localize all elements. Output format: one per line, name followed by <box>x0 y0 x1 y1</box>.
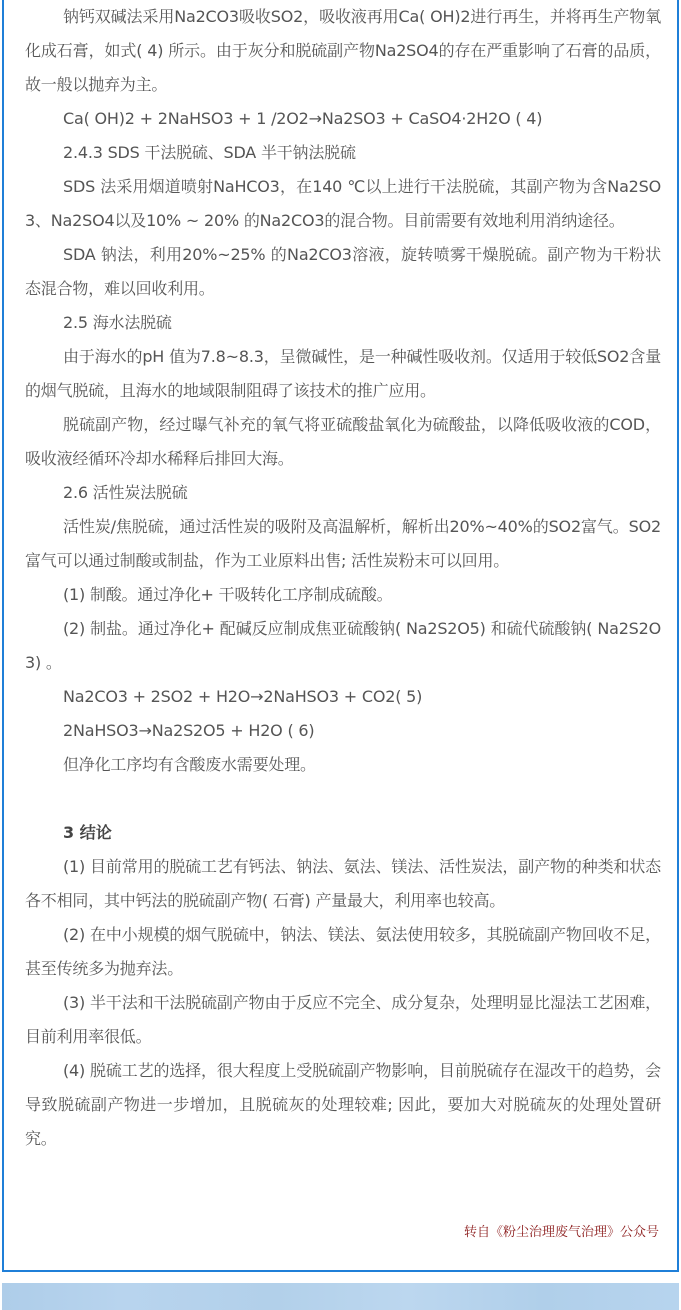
paragraph-sds: SDS 法采用烟道喷射NaHCO3，在140 ℃以上进行干法脱硫，其副产物为含N… <box>25 170 661 238</box>
paragraph-wastewater-note: 但净化工序均有含酸废水需要处理。 <box>25 748 661 782</box>
formula-6: 2NaHSO3→Na2S2O5 + H2O ( 6) <box>25 714 661 748</box>
formula-4: Ca( OH)2 + 2NaHSO3 + 1 /2O2→Na2SO3 + CaS… <box>25 102 661 136</box>
subheading-2-4-3: 2.4.3 SDS 干法脱硫、SDA 半干钠法脱硫 <box>25 136 661 170</box>
paragraph-activated-carbon: 活性炭/焦脱硫，通过活性炭的吸附及高温解析，解析出20%~40%的SO2富气。S… <box>25 510 661 578</box>
spacer <box>25 782 661 816</box>
source-attribution: 转自《粉尘治理废气治理》公众号 <box>464 1224 659 1242</box>
conclusion-item-1: (1) 目前常用的脱硫工艺有钙法、钠法、氨法、镁法、活性炭法，副产物的种类和状态… <box>25 850 661 918</box>
subheading-2-5: 2.5 海水法脱硫 <box>25 306 661 340</box>
paragraph-seawater-ph: 由于海水的pH 值为7.8~8.3，呈微碱性，是一种碱性吸收剂。仅适用于较低SO… <box>25 340 661 408</box>
conclusion-item-2: (2) 在中小规模的烟气脱硫中，钠法、镁法、氨法使用较多，其脱硫副产物回收不足，… <box>25 918 661 986</box>
article-content: 钠钙双碱法采用Na2CO3吸收SO2，吸收液再用Ca( OH)2进行再生，并将再… <box>25 0 661 1156</box>
paragraph-sda: SDA 钠法，利用20%~25% 的Na2CO3溶液，旋转喷雾干燥脱硫。副产物为… <box>25 238 661 306</box>
subheading-2-6: 2.6 活性炭法脱硫 <box>25 476 661 510</box>
paragraph-dual-alkali: 钠钙双碱法采用Na2CO3吸收SO2，吸收液再用Ca( OH)2进行再生，并将再… <box>25 0 661 102</box>
paragraph-acid-making: (1) 制酸。通过净化+ 干吸转化工序制成硫酸。 <box>25 578 661 612</box>
conclusion-item-4: (4) 脱硫工艺的选择，很大程度上受脱硫副产物影响，目前脱硫存在湿改干的趋势，会… <box>25 1054 661 1156</box>
formula-5: Na2CO3 + 2SO2 + H2O→2NaHSO3 + CO2( 5) <box>25 680 661 714</box>
decorative-sky-banner <box>2 1283 679 1310</box>
conclusion-item-3: (3) 半干法和干法脱硫副产物由于反应不完全、成分复杂，处理明显比湿法工艺困难，… <box>25 986 661 1054</box>
paragraph-seawater-byproduct: 脱硫副产物，经过曝气补充的氧气将亚硫酸盐氧化为硫酸盐，以降低吸收液的COD，吸收… <box>25 408 661 476</box>
article-panel: 钠钙双碱法采用Na2CO3吸收SO2，吸收液再用Ca( OH)2进行再生，并将再… <box>2 0 679 1272</box>
section-heading-conclusion: 3 结论 <box>25 816 661 850</box>
paragraph-salt-making: (2) 制盐。通过净化+ 配碱反应制成焦亚硫酸钠( Na2S2O5) 和硫代硫酸… <box>25 612 661 680</box>
